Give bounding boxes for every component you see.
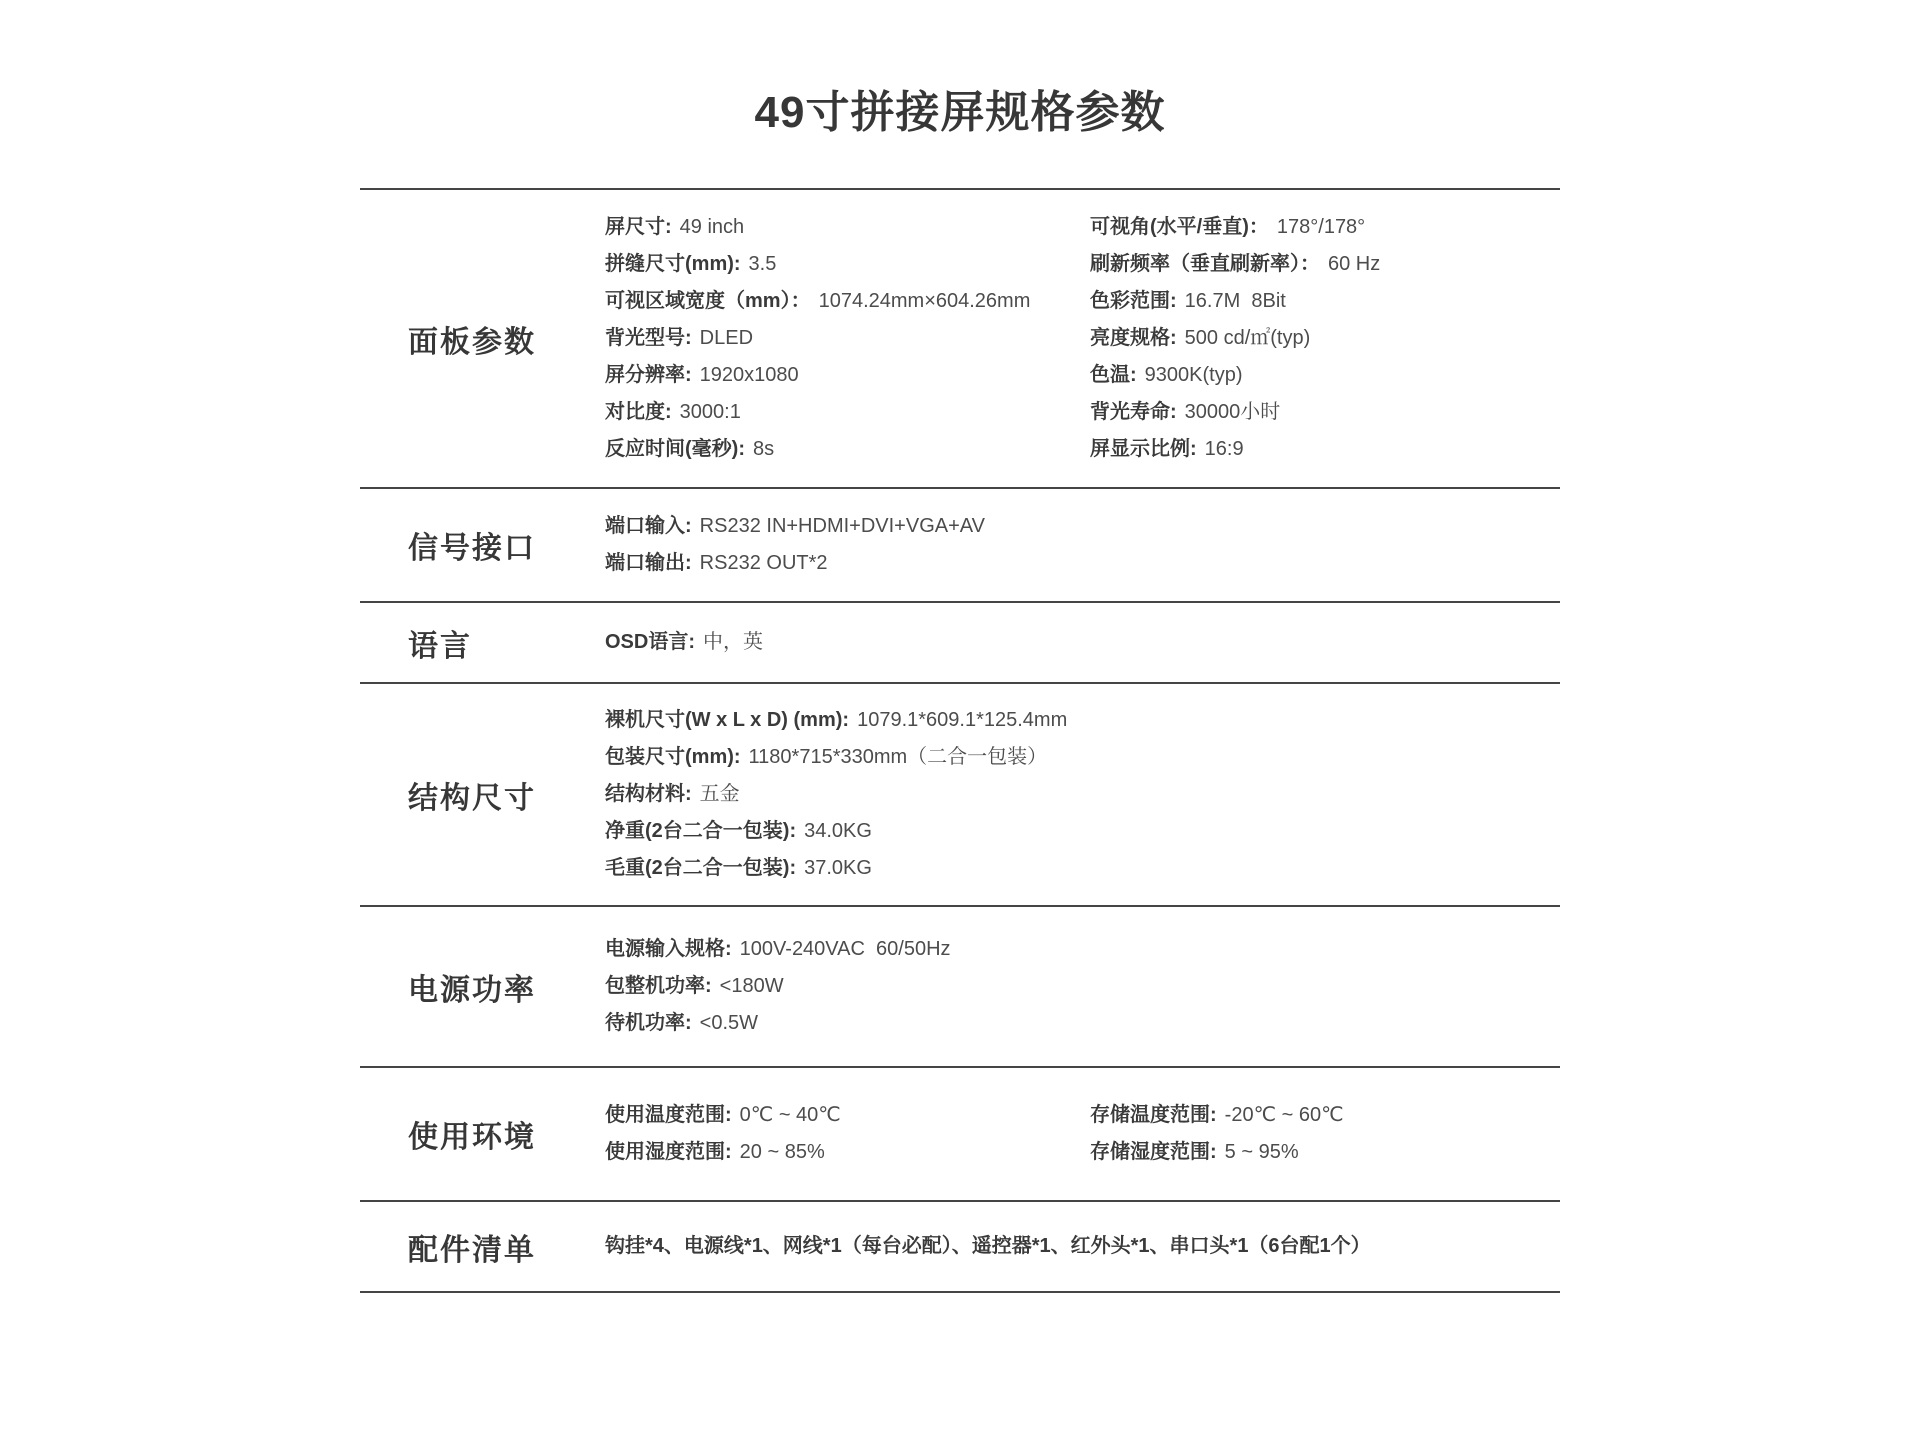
section-header-power: 电源功率 xyxy=(360,907,605,1066)
spec-row: 刷新频率（垂直刷新率）：60 Hz xyxy=(1090,246,1560,283)
spec-label: 净重(2台二合一包装): xyxy=(605,820,796,842)
spec-row: 色温:9300K(typ) xyxy=(1090,357,1560,394)
spec-section-panel-params: 面板参数屏尺寸:49 inch拼缝尺寸(mm):3.5可视区域宽度（mm）：10… xyxy=(360,188,1560,487)
spec-label: 屏尺寸: xyxy=(605,216,672,238)
spec-row: 亮度规格:500 cd/㎡(typ) xyxy=(1090,320,1560,357)
spec-row: 端口输入:RS232 IN+HDMI+DVI+VGA+AV xyxy=(605,508,1560,545)
spec-row: 反应时间(毫秒):8s xyxy=(605,431,1090,468)
section-header-environment: 使用环境 xyxy=(360,1068,605,1200)
section-header-structure-size: 结构尺寸 xyxy=(360,684,605,905)
section-body: 钩挂*4、电源线*1、网线*1（每台必配）、遥控器*1、红外头*1、串口头*1（… xyxy=(605,1202,1560,1291)
spec-row: 背光寿命:30000小时 xyxy=(1090,394,1560,431)
spec-label: 使用温度范围: xyxy=(605,1104,732,1126)
spec-row: 电源输入规格:100V-240VAC 60/50Hz xyxy=(605,931,1560,968)
spec-row: 屏尺寸:49 inch xyxy=(605,209,1090,246)
spec-row: 包整机功率:<180W xyxy=(605,968,1560,1005)
spec-value: 37.0KG xyxy=(804,857,872,879)
spec-label: 拼缝尺寸(mm): xyxy=(605,253,741,275)
section-body: OSD语言:中，英 xyxy=(605,603,1560,682)
spec-label: 毛重(2台二合一包装): xyxy=(605,857,796,879)
spec-value: 1920x1080 xyxy=(700,364,799,386)
spec-value: RS232 IN+HDMI+DVI+VGA+AV xyxy=(700,515,985,537)
section-body: 屏尺寸:49 inch拼缝尺寸(mm):3.5可视区域宽度（mm）：1074.2… xyxy=(605,190,1560,487)
spec-label: 包装尺寸(mm): xyxy=(605,746,741,768)
spec-value: <180W xyxy=(720,975,784,997)
spec-row: 使用湿度范围:20 ~ 85% xyxy=(605,1134,1090,1171)
spec-row: 屏显示比例:16:9 xyxy=(1090,431,1560,468)
spec-row: 端口输出:RS232 OUT*2 xyxy=(605,545,1560,582)
spec-value: 34.0KG xyxy=(804,820,872,842)
spec-value: 500 cd/㎡(typ) xyxy=(1185,327,1311,349)
spec-value: 9300K(typ) xyxy=(1145,364,1243,386)
spec-value: 3000:1 xyxy=(680,401,741,423)
section-body: 使用温度范围:0℃ ~ 40℃使用湿度范围:20 ~ 85%存储温度范围:-20… xyxy=(605,1068,1560,1200)
spec-column: OSD语言:中，英 xyxy=(605,603,1560,682)
spec-label: OSD语言: xyxy=(605,631,695,653)
spec-row: 存储温度范围:-20℃ ~ 60℃ xyxy=(1090,1097,1560,1134)
spec-value: RS232 OUT*2 xyxy=(700,552,828,574)
section-header-accessories: 配件清单 xyxy=(360,1202,605,1291)
spec-label: 使用湿度范围: xyxy=(605,1141,732,1163)
spec-label: 结构材料: xyxy=(605,783,692,805)
spec-section-environment: 使用环境使用温度范围:0℃ ~ 40℃使用湿度范围:20 ~ 85%存储温度范围… xyxy=(360,1066,1560,1200)
spec-label: 色温: xyxy=(1090,364,1137,386)
spec-row: 屏分辨率:1920x1080 xyxy=(605,357,1090,394)
spec-label: 背光型号: xyxy=(605,327,692,349)
spec-label: 刷新频率（垂直刷新率）： xyxy=(1090,253,1320,275)
spec-label: 可视区域宽度（mm）： xyxy=(605,290,811,312)
spec-value: 0℃ ~ 40℃ xyxy=(740,1104,841,1126)
spec-label: 包整机功率: xyxy=(605,975,712,997)
spec-value: 49 inch xyxy=(680,216,745,238)
section-header-signal-ports: 信号接口 xyxy=(360,489,605,601)
spec-value: 5 ~ 95% xyxy=(1225,1141,1299,1163)
spec-value: 16:9 xyxy=(1205,438,1244,460)
spec-label: 钩挂*4、电源线*1、网线*1（每台必配）、遥控器*1、红外头*1、串口头*1（… xyxy=(605,1235,1371,1257)
spec-label: 端口输出: xyxy=(605,552,692,574)
spec-row: 包装尺寸(mm):1180*715*330mm（二合一包装） xyxy=(605,739,1560,776)
section-body: 裸机尺寸(W x L x D) (mm):1079.1*609.1*125.4m… xyxy=(605,684,1560,905)
spec-label: 存储湿度范围: xyxy=(1090,1141,1217,1163)
spec-row: 色彩范围:16.7M 8Bit xyxy=(1090,283,1560,320)
spec-value: 1180*715*330mm（二合一包装） xyxy=(749,746,1048,768)
spec-row: 背光型号:DLED xyxy=(605,320,1090,357)
spec-label: 端口输入: xyxy=(605,515,692,537)
spec-row: 裸机尺寸(W x L x D) (mm):1079.1*609.1*125.4m… xyxy=(605,702,1560,739)
section-header-panel-params: 面板参数 xyxy=(360,190,605,487)
spec-column: 裸机尺寸(W x L x D) (mm):1079.1*609.1*125.4m… xyxy=(605,684,1560,905)
spec-column: 端口输入:RS232 IN+HDMI+DVI+VGA+AV端口输出:RS232 … xyxy=(605,489,1560,601)
spec-sheet: 49寸拼接屏规格参数 面板参数屏尺寸:49 inch拼缝尺寸(mm):3.5可视… xyxy=(0,76,1920,1293)
spec-value: 30000小时 xyxy=(1185,401,1281,423)
spec-value: -20℃ ~ 60℃ xyxy=(1225,1104,1344,1126)
spec-section-accessories: 配件清单钩挂*4、电源线*1、网线*1（每台必配）、遥控器*1、红外头*1、串口… xyxy=(360,1200,1560,1293)
spec-value: 100V-240VAC 60/50Hz xyxy=(740,938,951,960)
spec-label: 电源输入规格: xyxy=(605,938,732,960)
spec-value: 1079.1*609.1*125.4mm xyxy=(857,709,1067,731)
spec-column: 可视角(水平/垂直)：178°/178°刷新频率（垂直刷新率）：60 Hz色彩范… xyxy=(1090,190,1560,487)
spec-value: 1074.24mm×604.26mm xyxy=(819,290,1031,312)
spec-value: 20 ~ 85% xyxy=(740,1141,825,1163)
spec-row: 结构材料:五金 xyxy=(605,776,1560,813)
spec-row: OSD语言:中，英 xyxy=(605,624,1560,661)
spec-column: 存储温度范围:-20℃ ~ 60℃存储湿度范围:5 ~ 95% xyxy=(1090,1068,1560,1200)
spec-row: 钩挂*4、电源线*1、网线*1（每台必配）、遥控器*1、红外头*1、串口头*1（… xyxy=(605,1228,1560,1265)
spec-label: 待机功率: xyxy=(605,1012,692,1034)
spec-value: 五金 xyxy=(700,783,740,805)
spec-label: 背光寿命: xyxy=(1090,401,1177,423)
spec-label: 色彩范围: xyxy=(1090,290,1177,312)
spec-table: 面板参数屏尺寸:49 inch拼缝尺寸(mm):3.5可视区域宽度（mm）：10… xyxy=(360,188,1560,1293)
spec-label: 反应时间(毫秒): xyxy=(605,438,745,460)
spec-label: 存储温度范围: xyxy=(1090,1104,1217,1126)
section-body: 电源输入规格:100V-240VAC 60/50Hz包整机功率:<180W待机功… xyxy=(605,907,1560,1066)
spec-row: 可视区域宽度（mm）：1074.24mm×604.26mm xyxy=(605,283,1090,320)
spec-label: 屏分辨率: xyxy=(605,364,692,386)
spec-column: 屏尺寸:49 inch拼缝尺寸(mm):3.5可视区域宽度（mm）：1074.2… xyxy=(605,190,1090,487)
spec-row: 拼缝尺寸(mm):3.5 xyxy=(605,246,1090,283)
spec-value: 中，英 xyxy=(703,631,763,653)
spec-value: 178°/178° xyxy=(1277,216,1365,238)
spec-row: 可视角(水平/垂直)：178°/178° xyxy=(1090,209,1560,246)
spec-label: 亮度规格: xyxy=(1090,327,1177,349)
spec-row: 对比度:3000:1 xyxy=(605,394,1090,431)
spec-row: 使用温度范围:0℃ ~ 40℃ xyxy=(605,1097,1090,1134)
spec-column: 电源输入规格:100V-240VAC 60/50Hz包整机功率:<180W待机功… xyxy=(605,907,1560,1066)
spec-value: <0.5W xyxy=(700,1012,758,1034)
spec-row: 净重(2台二合一包装):34.0KG xyxy=(605,813,1560,850)
spec-value: 8s xyxy=(753,438,774,460)
spec-value: 3.5 xyxy=(749,253,777,275)
spec-label: 可视角(水平/垂直)： xyxy=(1090,216,1269,238)
spec-label: 屏显示比例: xyxy=(1090,438,1197,460)
spec-value: 60 Hz xyxy=(1328,253,1380,275)
section-body: 端口输入:RS232 IN+HDMI+DVI+VGA+AV端口输出:RS232 … xyxy=(605,489,1560,601)
spec-value: DLED xyxy=(700,327,753,349)
spec-column: 钩挂*4、电源线*1、网线*1（每台必配）、遥控器*1、红外头*1、串口头*1（… xyxy=(605,1202,1560,1291)
spec-section-power: 电源功率电源输入规格:100V-240VAC 60/50Hz包整机功率:<180… xyxy=(360,905,1560,1066)
spec-section-language: 语言OSD语言:中，英 xyxy=(360,601,1560,682)
spec-row: 存储湿度范围:5 ~ 95% xyxy=(1090,1134,1560,1171)
section-header-language: 语言 xyxy=(360,603,605,682)
spec-row: 毛重(2台二合一包装):37.0KG xyxy=(605,850,1560,887)
spec-section-structure-size: 结构尺寸裸机尺寸(W x L x D) (mm):1079.1*609.1*12… xyxy=(360,682,1560,905)
spec-value: 16.7M 8Bit xyxy=(1185,290,1286,312)
spec-column: 使用温度范围:0℃ ~ 40℃使用湿度范围:20 ~ 85% xyxy=(605,1068,1090,1200)
page-title: 49寸拼接屏规格参数 xyxy=(0,76,1920,140)
spec-section-signal-ports: 信号接口端口输入:RS232 IN+HDMI+DVI+VGA+AV端口输出:RS… xyxy=(360,487,1560,601)
spec-row: 待机功率:<0.5W xyxy=(605,1005,1560,1042)
spec-label: 裸机尺寸(W x L x D) (mm): xyxy=(605,709,849,731)
spec-label: 对比度: xyxy=(605,401,672,423)
